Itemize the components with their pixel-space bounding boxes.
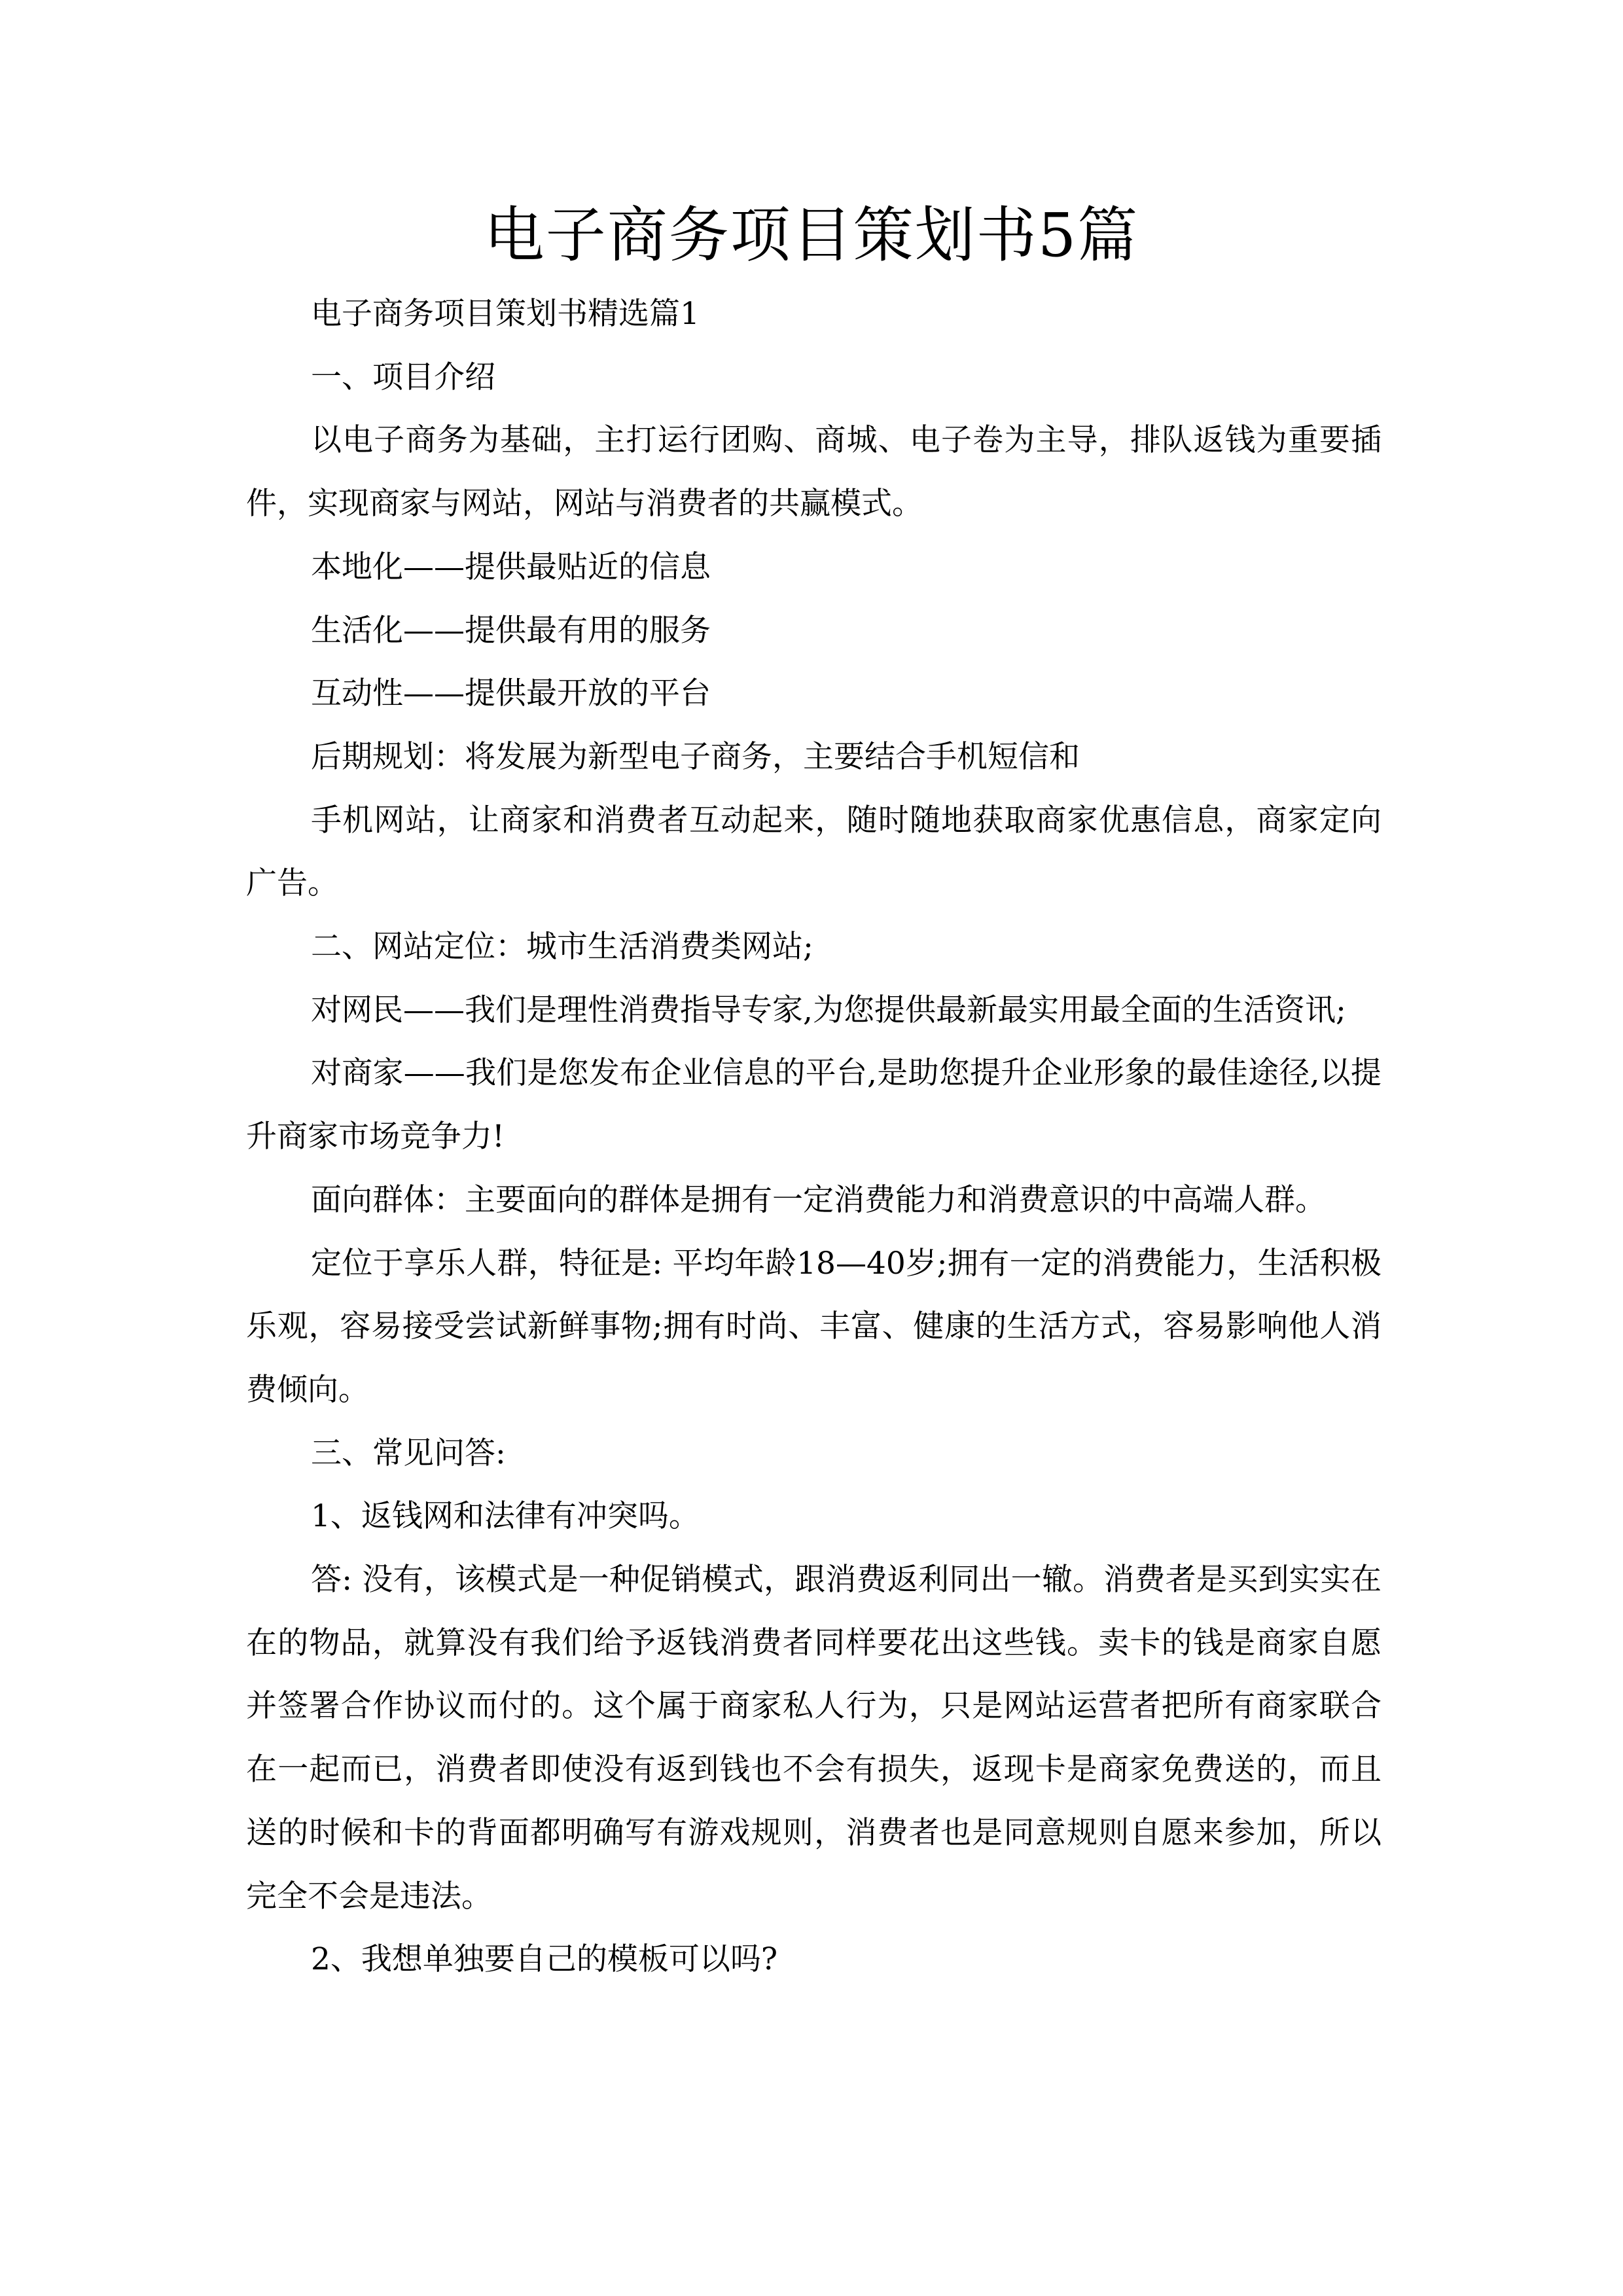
- document-title: 电子商务项目策划书5篇: [0, 196, 1623, 275]
- paragraph-intro: 以电子商务为基础，主打运行团购、商城、电子卷为主导，排队返钱为重要插件，实现商家…: [246, 409, 1382, 535]
- paragraph-for-merchants: 对商家——我们是您发布企业信息的平台,是助您提升企业形象的最佳途径,以提升商家市…: [246, 1042, 1382, 1168]
- section-heading-positioning: 二、网站定位：城市生活消费类网站;: [246, 916, 1382, 979]
- faq-question-2: 2、我想单独要自己的模板可以吗?: [246, 1928, 1382, 1992]
- section-heading-project-intro: 一、项目介绍: [246, 346, 1382, 410]
- faq-question-1: 1、返钱网和法律有冲突吗。: [246, 1485, 1382, 1549]
- document-body: 电子商务项目策划书精选篇1 一、项目介绍 以电子商务为基础，主打运行团购、商城、…: [246, 283, 1382, 1992]
- paragraph-lifestyle: 生活化——提供最有用的服务: [246, 600, 1382, 663]
- paragraph-positioning-detail: 定位于享乐人群，特征是: 平均年龄18—40岁;拥有一定的消费能力，生活积极乐观…: [246, 1232, 1382, 1422]
- section-heading-article-1: 电子商务项目策划书精选篇1: [246, 283, 1382, 346]
- paragraph-mobile-site: 手机网站，让商家和消费者互动起来，随时随地获取商家优惠信息，商家定向广告。: [246, 789, 1382, 916]
- paragraph-for-netizens: 对网民——我们是理性消费指导专家,为您提供最新最实用最全面的生活资讯;: [246, 979, 1382, 1043]
- paragraph-localization: 本地化——提供最贴近的信息: [246, 536, 1382, 600]
- paragraph-interactivity: 互动性——提供最开放的平台: [246, 662, 1382, 726]
- paragraph-future-plan: 后期规划：将发展为新型电子商务，主要结合手机短信和: [246, 726, 1382, 789]
- faq-answer-1: 答: 没有，该模式是一种促销模式，跟消费返利同出一辙。消费者是买到实实在在的物品…: [246, 1549, 1382, 1928]
- document-page: 电子商务项目策划书5篇 电子商务项目策划书精选篇1 一、项目介绍 以电子商务为基…: [0, 0, 1623, 2296]
- section-heading-faq: 三、常见问答:: [246, 1422, 1382, 1486]
- paragraph-target-group: 面向群体：主要面向的群体是拥有一定消费能力和消费意识的中高端人群。: [246, 1169, 1382, 1232]
